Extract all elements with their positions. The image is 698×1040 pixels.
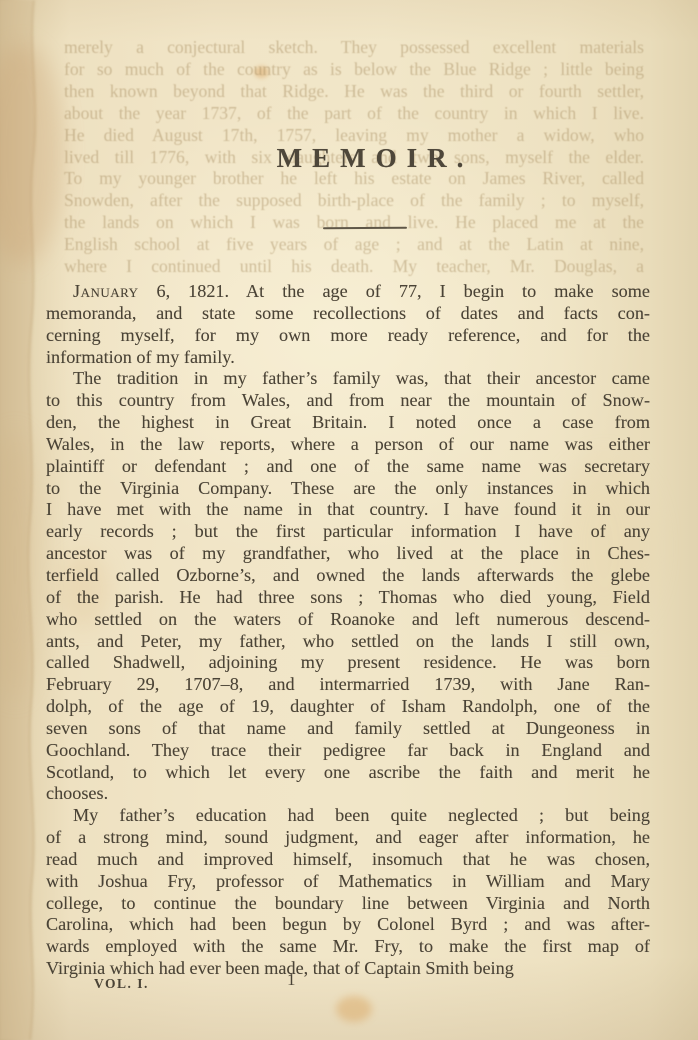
text-line: Scotland, to which let every one ascribe… [46,762,650,784]
text-line: where I continued until his death. My te… [64,256,644,278]
text-line: to this country from Wales, and from nea… [46,390,650,412]
text-line: merely a conjectural sketch. They posses… [64,37,644,59]
text-line: information of my family. [46,347,650,369]
text-line: of the parish. He had three sons ; Thoma… [46,587,650,609]
smallcaps-word: January [73,281,138,301]
page-number: 1 [287,970,296,990]
text-line: Wales, in the law reports, where a perso… [46,434,650,456]
text-line: then known beyond that Ridge. He was the… [64,81,644,103]
text-line: Carolina, which had been begun by Colone… [46,914,650,936]
volume-label: VOL. I. [94,976,149,992]
page-title: MEMOIR. [0,143,698,174]
page-title-text: MEMOIR. [277,143,474,174]
text-line: chooses. [46,783,650,805]
text-line: I have met with the name in that country… [46,499,650,521]
text-line: ancestor was of my grandfather, who live… [46,543,650,565]
stain-bottom-center [336,996,372,1022]
text-line: the lands on which I was born and live. … [64,212,644,234]
paragraph-3: My father’s education had been quite neg… [46,805,650,980]
text-line: cerning myself, for my own more ready re… [46,325,650,347]
memoir-body: January 6, 1821. At the age of 77, I beg… [46,281,650,980]
text-line: terfield called Ozborne’s, and owned the… [46,565,650,587]
scanned-book-page: merely a conjectural sketch. They posses… [0,0,698,1040]
text-line: den, the highest in Great Britain. I not… [46,412,650,434]
text-line: college, to continue the boundary line b… [46,893,650,915]
paragraph-1: January 6, 1821. At the age of 77, I beg… [46,281,650,368]
text-line: wards employed with the same Mr. Fry, to… [46,936,650,958]
text-line: seven sons of that name and family settl… [46,718,650,740]
text-line: dolph, of the age of 19, daughter of Ish… [46,696,650,718]
text-line: of a strong mind, sound judgment, and ea… [46,827,650,849]
text-line: Snowden, after the supposed birth-place … [64,190,644,212]
text-line: ants, and Peter, my father, who settled … [46,631,650,653]
text-line: about the year 1737, of the part of the … [64,103,644,125]
text-line: to the Virginia Company. These are the o… [46,478,650,500]
text-line: with Joshua Fry, professor of Mathematic… [46,871,650,893]
text-line: The tradition in my father’s family was,… [46,368,650,390]
text-line: for so much of the country as is below t… [64,59,644,81]
text-line: plaintiff or defendant ; and one of the … [46,456,650,478]
text-line: memoranda, and state some recollections … [46,303,650,325]
text-line: My father’s education had been quite neg… [46,805,650,827]
text-line: called Shadwell, adjoining my present re… [46,652,650,674]
text-line: English school at five years of age ; an… [64,234,644,256]
text-line: early records ; but the first particular… [46,521,650,543]
text-line: January 6, 1821. At the age of 77, I beg… [46,281,650,303]
text-line: read much and improved himself, insomuch… [46,849,650,871]
text-line: Goochland. They trace their pedigree far… [46,740,650,762]
text-line: who settled on the waters of Roanoke and… [46,609,650,631]
text-line: February 29, 1707–8, and intermarried 17… [46,674,650,696]
paragraph-2: The tradition in my father’s family was,… [46,368,650,805]
